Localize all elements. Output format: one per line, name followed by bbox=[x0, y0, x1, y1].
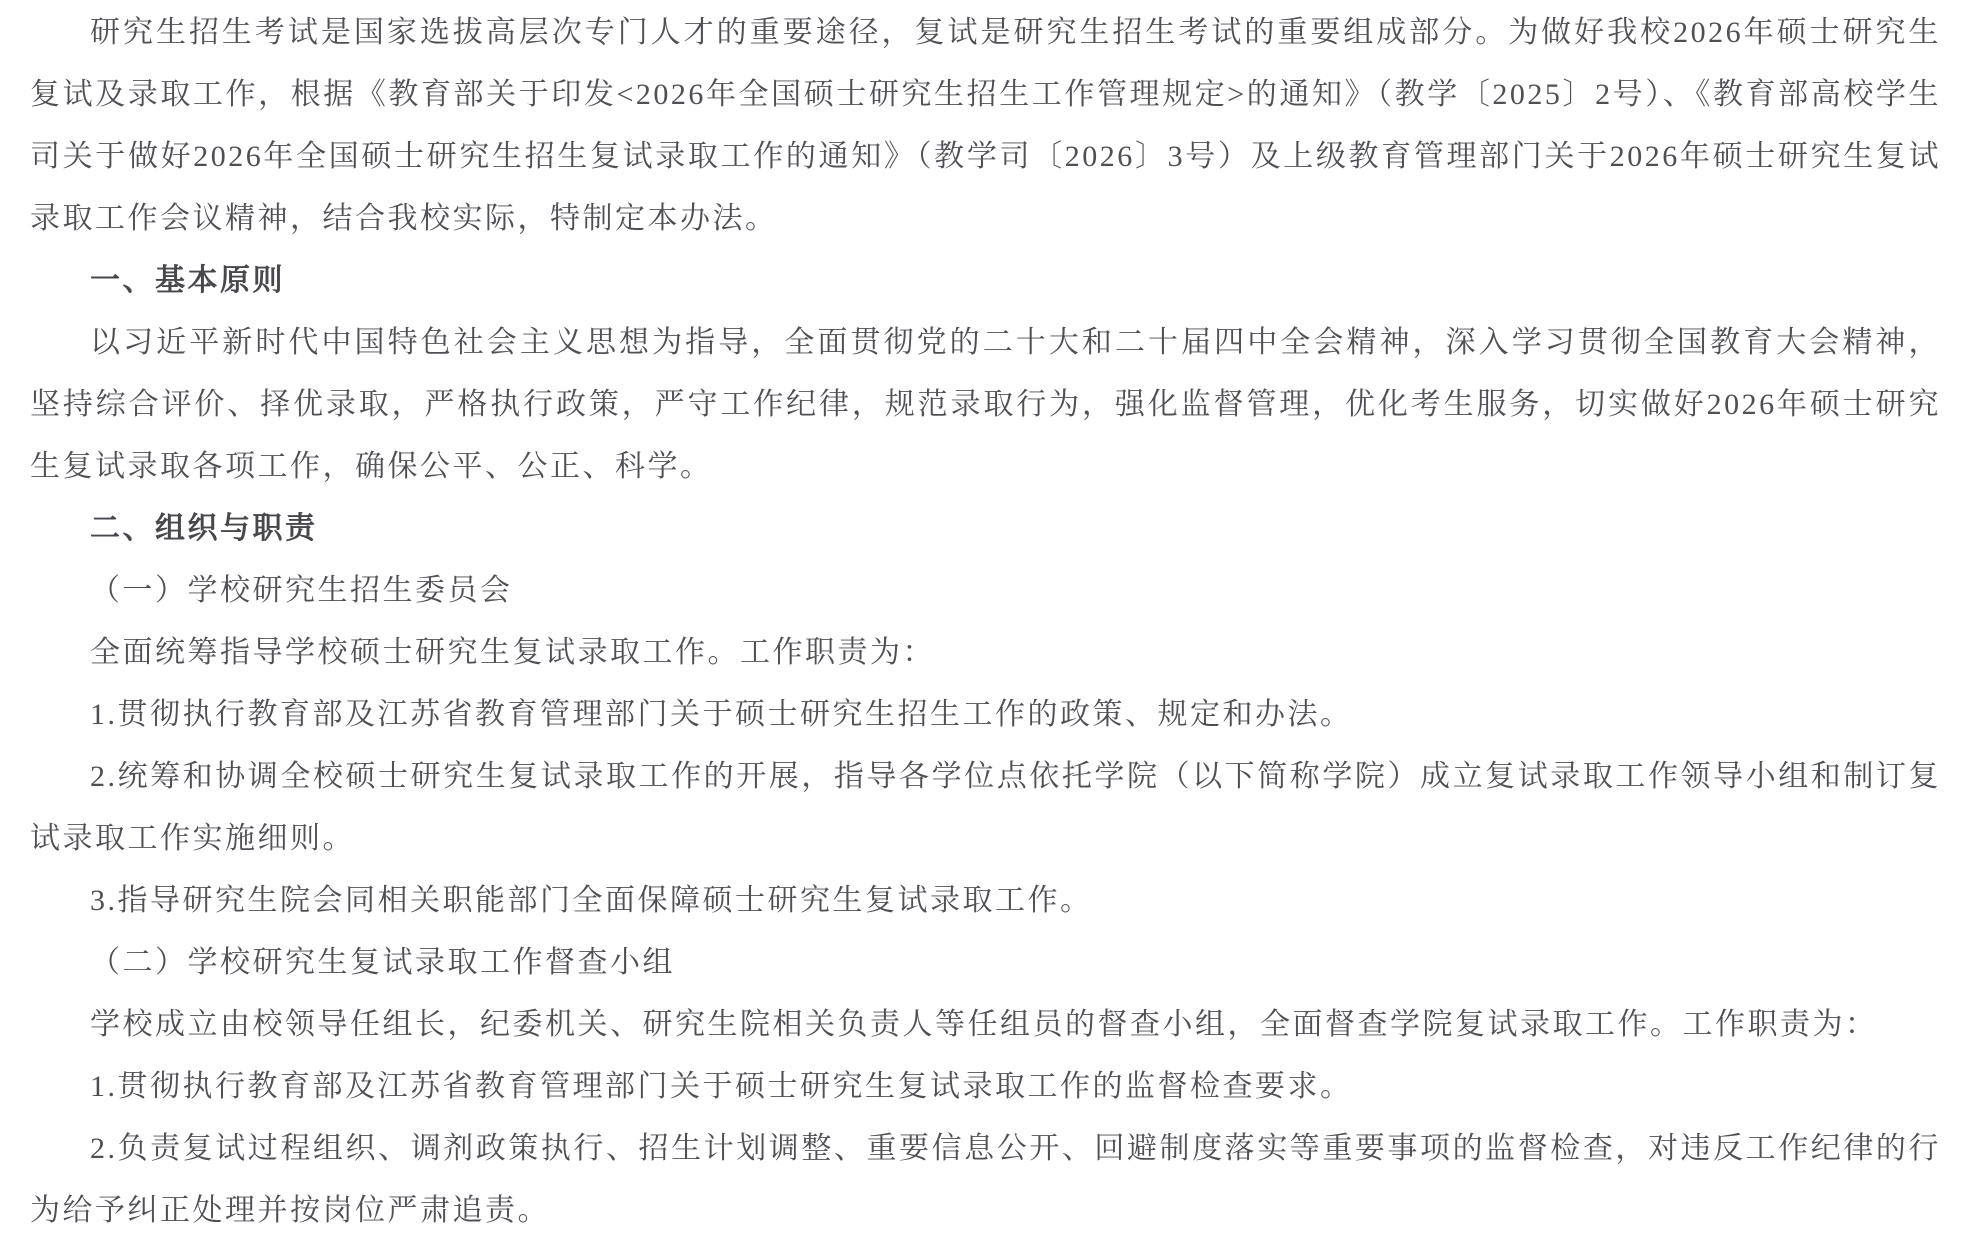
supervision-duty-item-1: 1.贯彻执行教育部及江苏省教育管理部门关于硕士研究生复试录取工作的监督检查要求。 bbox=[30, 1056, 1941, 1118]
section-heading-basic-principles: 一、基本原则 bbox=[30, 250, 1941, 312]
section-heading-organization: 二、组织与职责 bbox=[30, 498, 1941, 560]
committee-duty-item-1: 1.贯彻执行教育部及江苏省教育管理部门关于硕士研究生招生工作的政策、规定和办法。 bbox=[30, 684, 1941, 746]
committee-duty-item-3: 3.指导研究生院会同相关职能部门全面保障硕士研究生复试录取工作。 bbox=[30, 870, 1941, 932]
supervision-duty-item-2: 2.负责复试过程组织、调剂政策执行、招生计划调整、重要信息公开、回避制度落实等重… bbox=[30, 1118, 1941, 1242]
committee-duty-item-2: 2.统筹和协调全校硕士研究生复试录取工作的开展，指导各学位点依托学院（以下简称学… bbox=[30, 746, 1941, 870]
subsection-admissions-committee: （一）学校研究生招生委员会 bbox=[30, 560, 1941, 622]
subsection-supervision-group: （二）学校研究生复试录取工作督查小组 bbox=[30, 932, 1941, 994]
supervision-group-intro: 学校成立由校领导任组长，纪委机关、研究生院相关负责人等任组员的督查小组，全面督查… bbox=[30, 994, 1941, 1056]
principles-paragraph: 以习近平新时代中国特色社会主义思想为指导，全面贯彻党的二十大和二十届四中全会精神… bbox=[30, 312, 1941, 498]
document-body: 研究生招生考试是国家选拔高层次专门人才的重要途径，复试是研究生招生考试的重要组成… bbox=[0, 0, 1971, 1242]
intro-paragraph: 研究生招生考试是国家选拔高层次专门人才的重要途径，复试是研究生招生考试的重要组成… bbox=[30, 2, 1941, 250]
committee-duty-intro: 全面统筹指导学校硕士研究生复试录取工作。工作职责为： bbox=[30, 622, 1941, 684]
document-page: 研究生招生考试是国家选拔高层次专门人才的重要途径，复试是研究生招生考试的重要组成… bbox=[0, 0, 1971, 1246]
